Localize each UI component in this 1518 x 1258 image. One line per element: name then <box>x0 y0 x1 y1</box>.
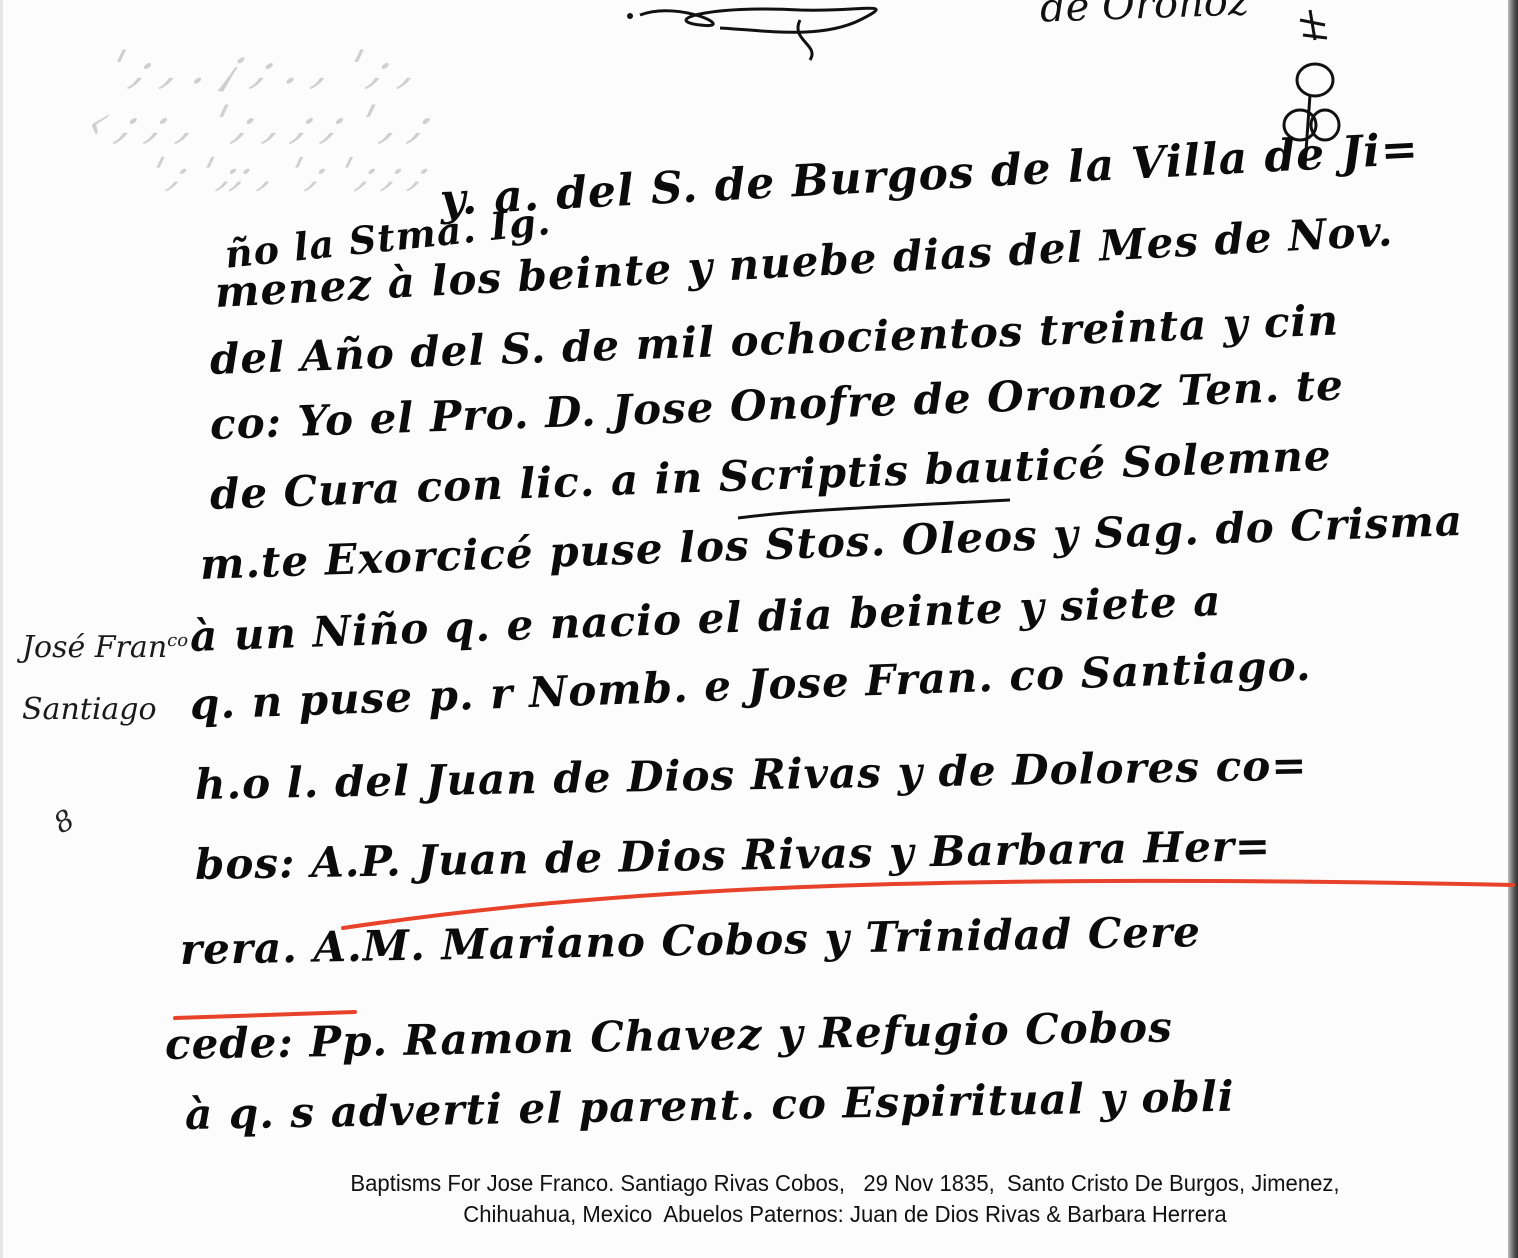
handwritten-line: rera. A.M. Mariano Cobos y Trinidad Cere <box>180 907 1202 974</box>
caption-line-2: Chihuahua, Mexico Abuelos Paternos: Juan… <box>226 1199 1464 1230</box>
handwritten-line: à un Niño q. e nacio el dia beinte y sie… <box>189 576 1222 661</box>
signature-flourish-icon <box>620 0 920 70</box>
handwritten-line: cede: Pp. Ramon Chavez y Refugio Cobos <box>165 1002 1174 1069</box>
margin-note-line2: Santiago <box>22 679 188 741</box>
page-binding-edge <box>1508 0 1518 1258</box>
handwritten-line: à q. s adverti el parent. co Espiritual … <box>185 1072 1235 1139</box>
margin-note-line1: José Fran <box>22 630 167 665</box>
bleed-through-marks: ‹ ; ; , ' ; , ; ; ' , ; <box>77 95 444 149</box>
record-caption: Baptisms For Jose Franco. Santiago Rivas… <box>226 1168 1464 1230</box>
handwritten-line: h.o l. del Juan de Dios Rivas y de Dolor… <box>195 741 1308 809</box>
scanned-document-page: ' ; , . ¡ ; . , ' ; , ‹ ; ; , ' ; , ; ; … <box>0 0 1518 1258</box>
bleed-through-marks: ' ; ' ;; , ' ; ' ; ; ; <box>139 150 439 196</box>
handwritten-line: y. a. del S. de Burgos de la Villa de Ji… <box>439 124 1420 226</box>
margin-note-superscript: co <box>167 630 188 651</box>
page-left-edge <box>0 0 3 1258</box>
margin-note: José Franco Santiago <box>22 610 188 741</box>
handwritten-line: bos: A.P. Juan de Dios Rivas y Barbara H… <box>195 821 1272 889</box>
caption-line-1: Baptisms For Jose Franco. Santiago Rivas… <box>226 1168 1464 1199</box>
margin-mark: 8 <box>48 803 80 840</box>
previous-entry-fragment: de Oronoz <box>1039 0 1249 32</box>
bleed-through-marks: ' ; , . ¡ ; . , ' ; , <box>97 40 432 94</box>
